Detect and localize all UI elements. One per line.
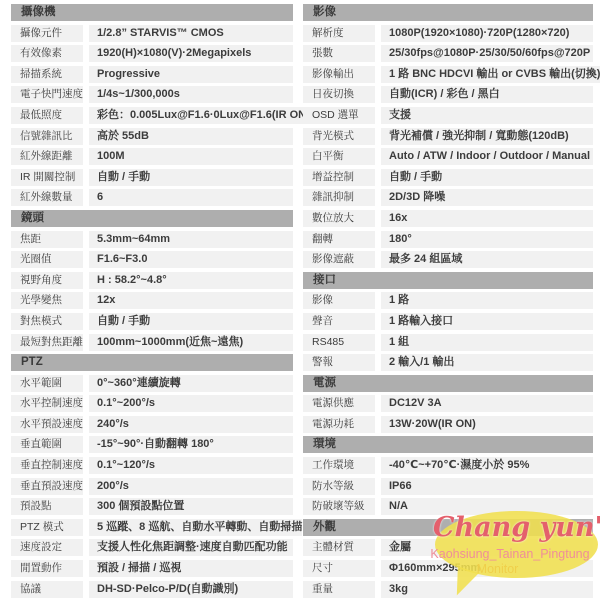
spec-value: 3kg bbox=[381, 581, 593, 598]
spec-value: 1/2.8” STARVIS™ CMOS bbox=[89, 25, 293, 42]
section-header: 接口 bbox=[303, 272, 593, 289]
spec-row: 電源供應DC12V 3A bbox=[303, 395, 593, 412]
spec-label: 速度設定 bbox=[11, 539, 83, 556]
spec-row: 紅外線數量6 bbox=[11, 189, 293, 206]
spec-row: 日夜切換自動(ICR) / 彩色 / 黑白 bbox=[303, 86, 593, 103]
spec-label: PTZ 模式 bbox=[11, 519, 83, 536]
spec-row: 防破壞等級N/A bbox=[303, 498, 593, 515]
spec-label: RS485 bbox=[303, 334, 375, 351]
spec-row: 焦距5.3mm~64mm bbox=[11, 231, 293, 248]
spec-label: 水平預設速度 bbox=[11, 416, 83, 433]
spec-row: 防水等級IP66 bbox=[303, 478, 593, 495]
spec-label: 紅外線數量 bbox=[11, 189, 83, 206]
spec-label: 尺寸 bbox=[303, 560, 375, 577]
spec-label: 電源功耗 bbox=[303, 416, 375, 433]
spec-section: 鏡頭焦距5.3mm~64mm光圈值F1.6~F3.0視野角度H : 58.2°~… bbox=[11, 210, 293, 351]
spec-row: 解析度1080P(1920×1080)·720P(1280×720) bbox=[303, 25, 593, 42]
spec-row: 影像遮蔽最多 24 組區域 bbox=[303, 251, 593, 268]
spec-label: 影像遮蔽 bbox=[303, 251, 375, 268]
spec-label: 最低照度 bbox=[11, 107, 83, 124]
spec-label: 視野角度 bbox=[11, 272, 83, 289]
spec-label: IR 開關控制 bbox=[11, 169, 83, 186]
spec-row: 增益控制自動 / 手動 bbox=[303, 169, 593, 186]
spec-row: 垂直預設速度200°/s bbox=[11, 478, 293, 495]
spec-row: 數位放大16x bbox=[303, 210, 593, 227]
spec-label: 翻轉 bbox=[303, 231, 375, 248]
spec-label: 聲音 bbox=[303, 313, 375, 330]
spec-value: N/A bbox=[381, 498, 593, 515]
spec-row: 電子快門速度1/4s~1/300,000s bbox=[11, 86, 293, 103]
spec-row: IR 開關控制自動 / 手動 bbox=[11, 169, 293, 186]
spec-label: 主體材質 bbox=[303, 539, 375, 556]
spec-row: 水平範圍0°~360°連續旋轉 bbox=[11, 375, 293, 392]
spec-row: 影像輸出1 路 BNC HDCVI 輸出 or CVBS 輸出(切換) bbox=[303, 66, 593, 83]
spec-value: 180° bbox=[381, 231, 593, 248]
spec-row: 閒置動作預設 / 掃描 / 巡視 bbox=[11, 560, 293, 577]
spec-value: 支援 bbox=[381, 107, 593, 124]
section-header: 外觀 bbox=[303, 519, 593, 536]
spec-value: 12x bbox=[89, 292, 293, 309]
spec-row: 水平控制速度0.1°~200°/s bbox=[11, 395, 293, 412]
spec-value: 100mm~1000mm(近焦~遠焦) bbox=[89, 334, 293, 351]
spec-section: 環境工作環境-40℃~+70℃·濕度小於 95%防水等級IP66防破壞等級N/A bbox=[303, 436, 593, 515]
spec-row: 最低照度彩色：0.005Lux@F1.6·0Lux@F1.6(IR ON) bbox=[11, 107, 293, 124]
spec-value: 2 輸入/1 輸出 bbox=[381, 354, 593, 371]
spec-row: 垂直控制速度0.1°~120°/s bbox=[11, 457, 293, 474]
spec-row: 預設點300 個預設點位置 bbox=[11, 498, 293, 515]
spec-label: 雜訊抑制 bbox=[303, 189, 375, 206]
spec-value: 100M bbox=[89, 148, 293, 165]
spec-label: 閒置動作 bbox=[11, 560, 83, 577]
spec-value: 0.1°~200°/s bbox=[89, 395, 293, 412]
spec-label: OSD 選單 bbox=[303, 107, 375, 124]
spec-label: 垂直預設速度 bbox=[11, 478, 83, 495]
spec-value: 1920(H)×1080(V)·2Megapixels bbox=[89, 45, 293, 62]
spec-value: DC12V 3A bbox=[381, 395, 593, 412]
spec-section: 外觀主體材質金屬尺寸Φ160mm×295mm重量3kg bbox=[303, 519, 593, 598]
spec-value: 2D/3D 降噪 bbox=[381, 189, 593, 206]
spec-label: 影像輸出 bbox=[303, 66, 375, 83]
spec-table-left: 攝像機攝像元件1/2.8” STARVIS™ CMOS有效像素1920(H)×1… bbox=[11, 4, 293, 598]
spec-value: 0°~360°連續旋轉 bbox=[89, 375, 293, 392]
spec-label: 防水等級 bbox=[303, 478, 375, 495]
spec-label: 光圈值 bbox=[11, 251, 83, 268]
spec-label: 影像 bbox=[303, 292, 375, 309]
spec-row: 電源功耗13W·20W(IR ON) bbox=[303, 416, 593, 433]
spec-value: 預設 / 掃描 / 巡視 bbox=[89, 560, 293, 577]
spec-value: 背光補償 / 強光抑制 / 寬動態(120dB) bbox=[381, 128, 593, 145]
spec-row: 速度設定支援人性化焦距調整·速度自動匹配功能 bbox=[11, 539, 293, 556]
spec-value: 1/4s~1/300,000s bbox=[89, 86, 293, 103]
spec-value: DH-SD·Pelco-P/D(自動識別) bbox=[89, 581, 293, 598]
spec-value: 自動 / 手動 bbox=[381, 169, 593, 186]
spec-row: 有效像素1920(H)×1080(V)·2Megapixels bbox=[11, 45, 293, 62]
spec-value: 200°/s bbox=[89, 478, 293, 495]
spec-section: 攝像機攝像元件1/2.8” STARVIS™ CMOS有效像素1920(H)×1… bbox=[11, 4, 293, 206]
spec-value: 自動 / 手動 bbox=[89, 169, 293, 186]
spec-label: 攝像元件 bbox=[11, 25, 83, 42]
spec-table-right: 影像解析度1080P(1920×1080)·720P(1280×720)張數25… bbox=[303, 4, 593, 598]
spec-label: 水平控制速度 bbox=[11, 395, 83, 412]
spec-row: 白平衡Auto / ATW / Indoor / Outdoor / Manua… bbox=[303, 148, 593, 165]
section-header: 影像 bbox=[303, 4, 593, 21]
spec-row: 背光模式背光補償 / 強光抑制 / 寬動態(120dB) bbox=[303, 128, 593, 145]
section-header: 環境 bbox=[303, 436, 593, 453]
spec-value: 彩色：0.005Lux@F1.6·0Lux@F1.6(IR ON) bbox=[89, 107, 310, 124]
spec-label: 電子快門速度 bbox=[11, 86, 83, 103]
spec-value: 支援人性化焦距調整·速度自動匹配功能 bbox=[89, 539, 293, 556]
spec-row: 主體材質金屬 bbox=[303, 539, 593, 556]
spec-value: 最多 24 組區域 bbox=[381, 251, 593, 268]
spec-value: H : 58.2°~4.8° bbox=[89, 272, 293, 289]
spec-label: 數位放大 bbox=[303, 210, 375, 227]
spec-value: 金屬 bbox=[381, 539, 593, 556]
spec-label: 防破壞等級 bbox=[303, 498, 375, 515]
spec-value: 高於 55dB bbox=[89, 128, 293, 145]
spec-row: 聲音1 路輸入接口 bbox=[303, 313, 593, 330]
spec-value: 1 路 bbox=[381, 292, 593, 309]
spec-row: 紅外線距離100M bbox=[11, 148, 293, 165]
spec-value: 1080P(1920×1080)·720P(1280×720) bbox=[381, 25, 593, 42]
spec-row: 工作環境-40℃~+70℃·濕度小於 95% bbox=[303, 457, 593, 474]
spec-row: 最短對焦距離100mm~1000mm(近焦~遠焦) bbox=[11, 334, 293, 351]
spec-section: 電源電源供應DC12V 3A電源功耗13W·20W(IR ON) bbox=[303, 375, 593, 433]
spec-value: 240°/s bbox=[89, 416, 293, 433]
spec-value: F1.6~F3.0 bbox=[89, 251, 293, 268]
spec-label: 垂直範圍 bbox=[11, 436, 83, 453]
spec-value: Φ160mm×295mm bbox=[381, 560, 593, 577]
spec-value: 300 個預設點位置 bbox=[89, 498, 293, 515]
spec-label: 日夜切換 bbox=[303, 86, 375, 103]
spec-label: 警報 bbox=[303, 354, 375, 371]
spec-label: 背光模式 bbox=[303, 128, 375, 145]
spec-value: 1 路輸入接口 bbox=[381, 313, 593, 330]
spec-label: 信號雜訊比 bbox=[11, 128, 83, 145]
spec-label: 工作環境 bbox=[303, 457, 375, 474]
spec-label: 重量 bbox=[303, 581, 375, 598]
spec-row: 協議DH-SD·Pelco-P/D(自動識別) bbox=[11, 581, 293, 598]
spec-label: 最短對焦距離 bbox=[11, 334, 83, 351]
spec-row: 水平預設速度240°/s bbox=[11, 416, 293, 433]
spec-row: OSD 選單支援 bbox=[303, 107, 593, 124]
spec-row: 翻轉180° bbox=[303, 231, 593, 248]
spec-label: 紅外線距離 bbox=[11, 148, 83, 165]
spec-row: 警報2 輸入/1 輸出 bbox=[303, 354, 593, 371]
spec-value: 5.3mm~64mm bbox=[89, 231, 293, 248]
spec-label: 白平衡 bbox=[303, 148, 375, 165]
spec-row: 影像1 路 bbox=[303, 292, 593, 309]
spec-row: 垂直範圍-15°~90°·自動翻轉 180° bbox=[11, 436, 293, 453]
spec-row: 尺寸Φ160mm×295mm bbox=[303, 560, 593, 577]
spec-value: 自動 / 手動 bbox=[89, 313, 293, 330]
spec-row: 光學變焦12x bbox=[11, 292, 293, 309]
spec-label: 預設點 bbox=[11, 498, 83, 515]
spec-label: 增益控制 bbox=[303, 169, 375, 186]
spec-value: 13W·20W(IR ON) bbox=[381, 416, 593, 433]
spec-row: 對焦模式自動 / 手動 bbox=[11, 313, 293, 330]
section-header: 鏡頭 bbox=[11, 210, 293, 227]
spec-label: 張數 bbox=[303, 45, 375, 62]
section-header: PTZ bbox=[11, 354, 293, 371]
spec-row: 掃描系統Progressive bbox=[11, 66, 293, 83]
spec-row: 重量3kg bbox=[303, 581, 593, 598]
spec-label: 電源供應 bbox=[303, 395, 375, 412]
spec-value: 0.1°~120°/s bbox=[89, 457, 293, 474]
spec-label: 水平範圍 bbox=[11, 375, 83, 392]
spec-value: 16x bbox=[381, 210, 593, 227]
spec-value: 1 路 BNC HDCVI 輸出 or CVBS 輸出(切換) bbox=[381, 66, 600, 83]
spec-value: 自動(ICR) / 彩色 / 黑白 bbox=[381, 86, 593, 103]
spec-row: PTZ 模式5 巡蹤、8 巡航、自動水平轉動、自動掃描 bbox=[11, 519, 293, 536]
spec-value: 5 巡蹤、8 巡航、自動水平轉動、自動掃描 bbox=[89, 519, 302, 536]
spec-value: IP66 bbox=[381, 478, 593, 495]
spec-value: 1 組 bbox=[381, 334, 593, 351]
spec-label: 解析度 bbox=[303, 25, 375, 42]
spec-label: 垂直控制速度 bbox=[11, 457, 83, 474]
spec-label: 掃描系統 bbox=[11, 66, 83, 83]
spec-value: Auto / ATW / Indoor / Outdoor / Manual bbox=[381, 148, 593, 165]
spec-row: 攝像元件1/2.8” STARVIS™ CMOS bbox=[11, 25, 293, 42]
section-header: 電源 bbox=[303, 375, 593, 392]
spec-label: 光學變焦 bbox=[11, 292, 83, 309]
spec-value: 6 bbox=[89, 189, 293, 206]
spec-section: 影像解析度1080P(1920×1080)·720P(1280×720)張數25… bbox=[303, 4, 593, 268]
spec-section: PTZ水平範圍0°~360°連續旋轉水平控制速度0.1°~200°/s水平預設速… bbox=[11, 354, 293, 598]
spec-row: 張數25/30fps@1080P·25/30/50/60fps@720P bbox=[303, 45, 593, 62]
spec-section: 接口影像1 路聲音1 路輸入接口RS4851 組警報2 輸入/1 輸出 bbox=[303, 272, 593, 371]
spec-value: -15°~90°·自動翻轉 180° bbox=[89, 436, 293, 453]
spec-row: 信號雜訊比高於 55dB bbox=[11, 128, 293, 145]
spec-value: 25/30fps@1080P·25/30/50/60fps@720P bbox=[381, 45, 593, 62]
spec-row: 視野角度H : 58.2°~4.8° bbox=[11, 272, 293, 289]
spec-row: 光圈值F1.6~F3.0 bbox=[11, 251, 293, 268]
spec-row: 雜訊抑制2D/3D 降噪 bbox=[303, 189, 593, 206]
spec-label: 焦距 bbox=[11, 231, 83, 248]
section-header: 攝像機 bbox=[11, 4, 293, 21]
spec-value: -40℃~+70℃·濕度小於 95% bbox=[381, 457, 593, 474]
spec-label: 協議 bbox=[11, 581, 83, 598]
spec-row: RS4851 組 bbox=[303, 334, 593, 351]
spec-label: 對焦模式 bbox=[11, 313, 83, 330]
spec-value: Progressive bbox=[89, 66, 293, 83]
spec-label: 有效像素 bbox=[11, 45, 83, 62]
